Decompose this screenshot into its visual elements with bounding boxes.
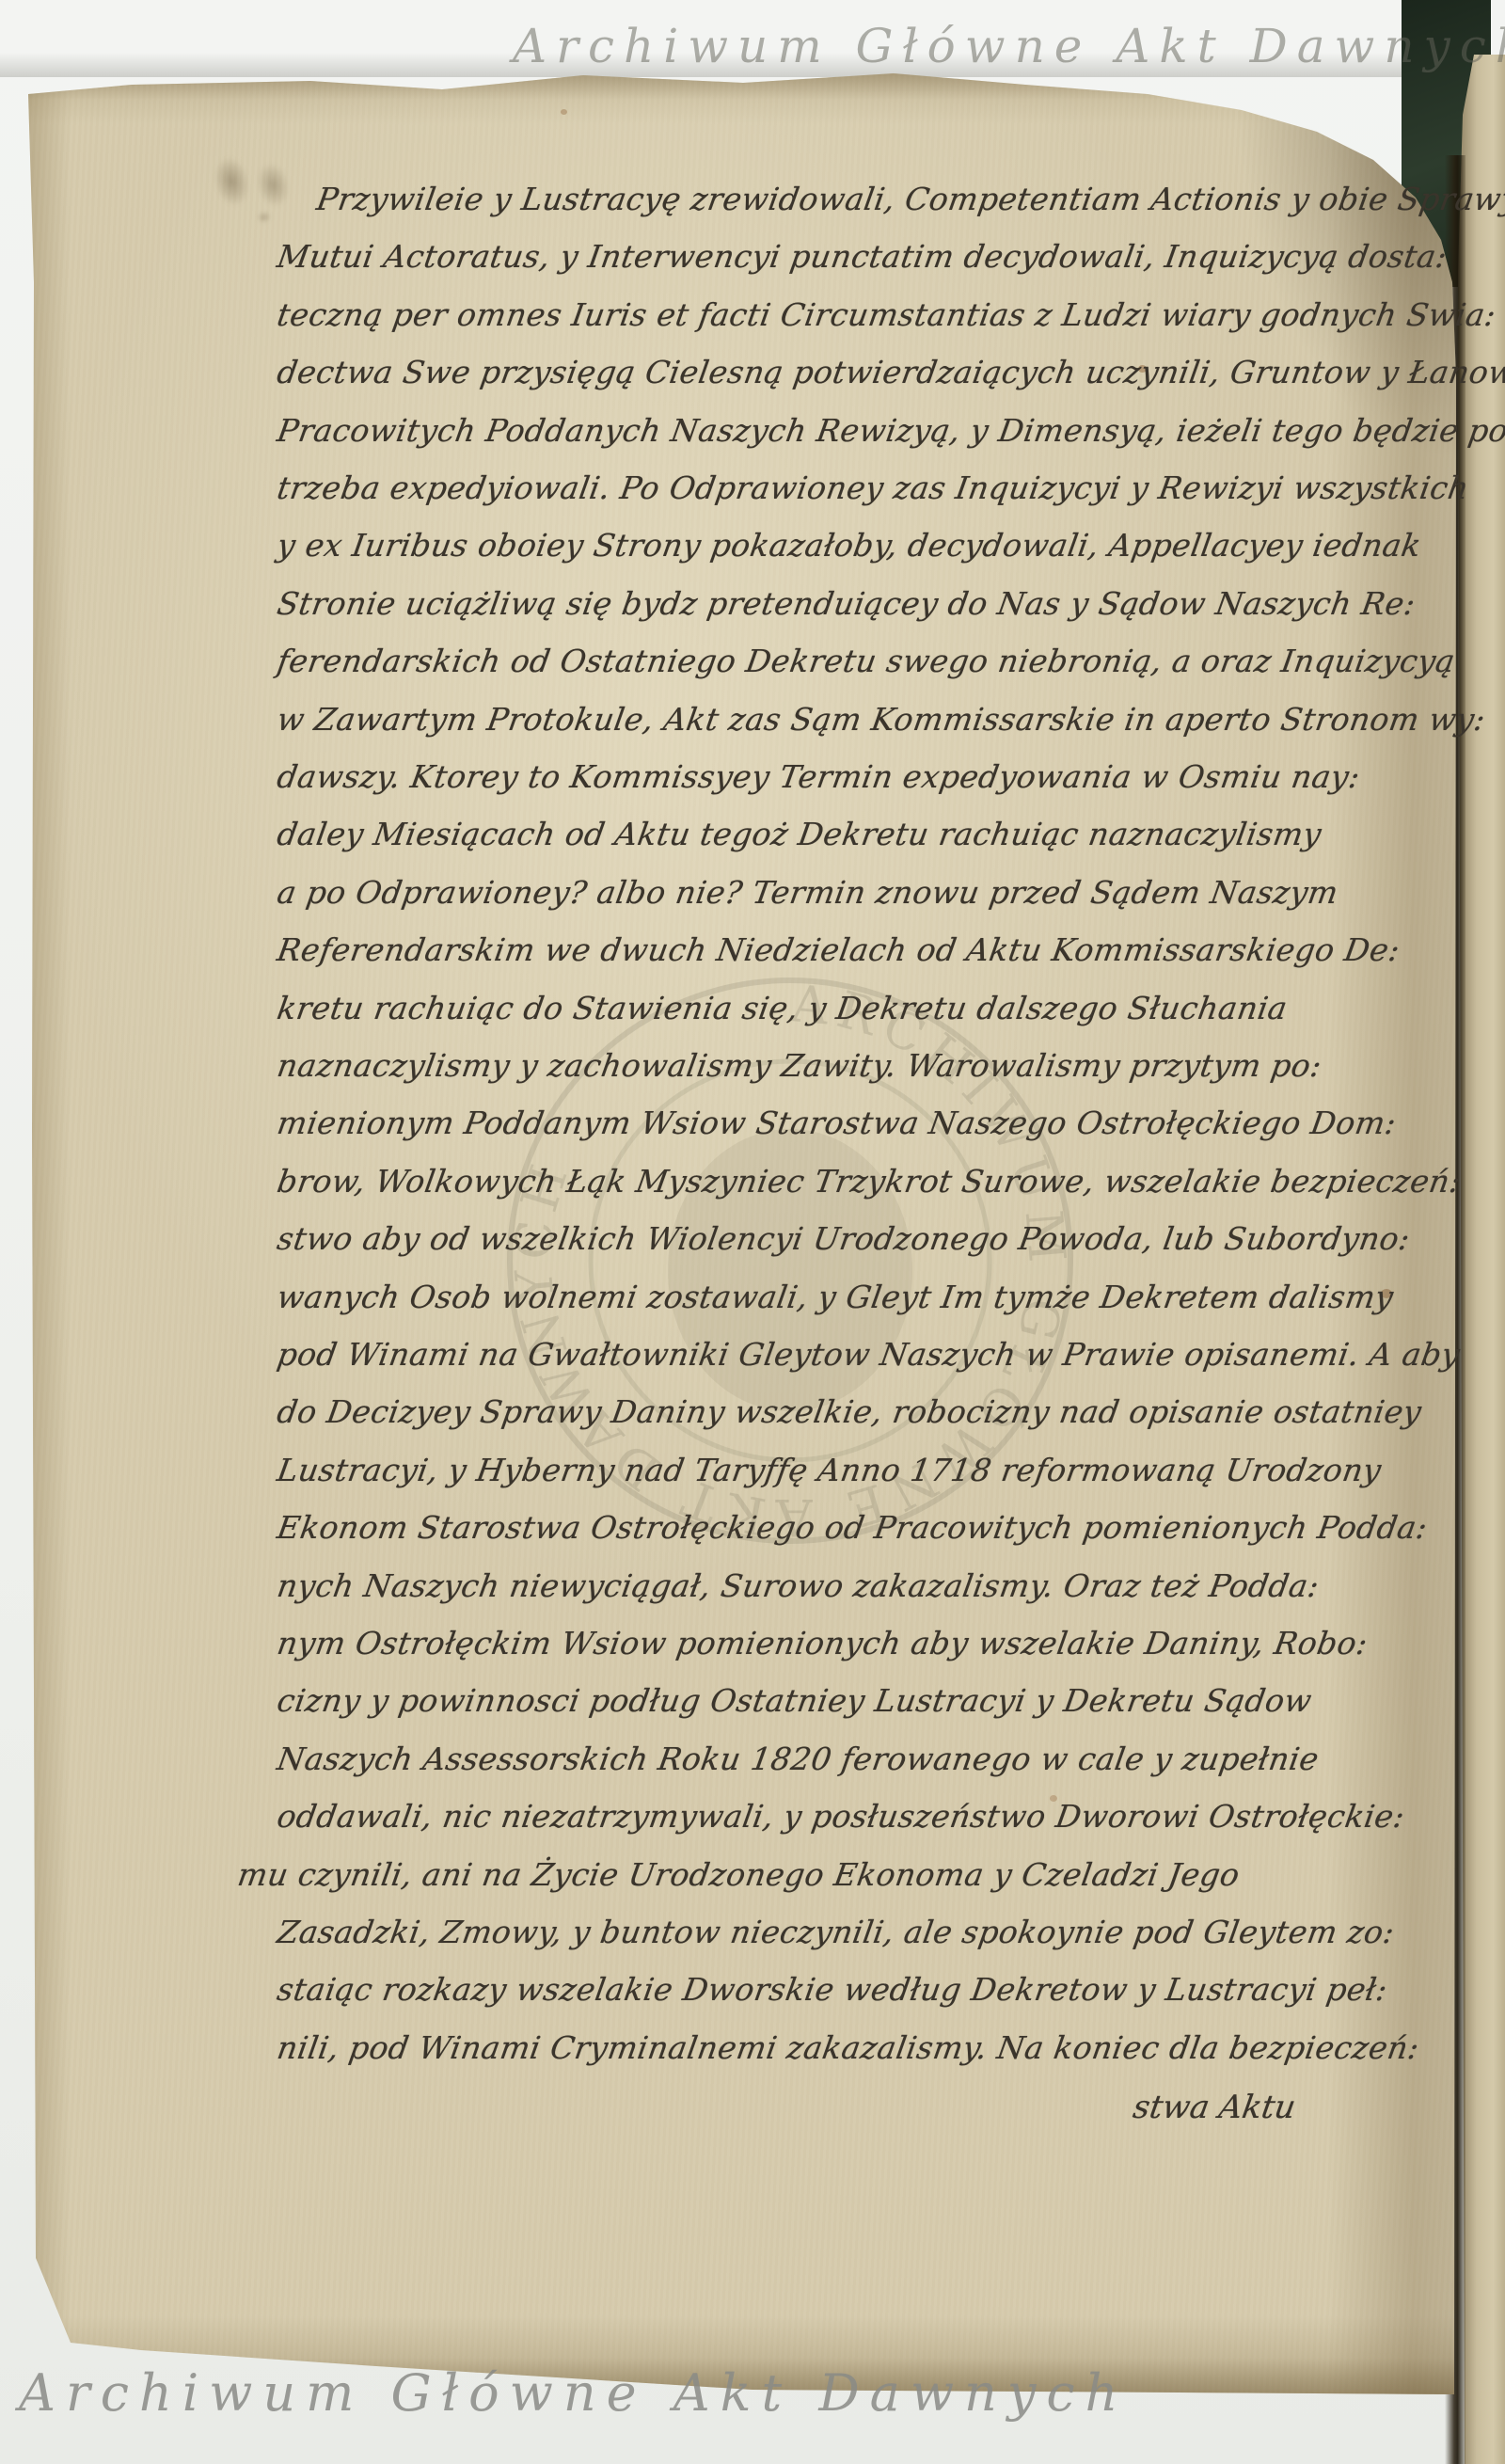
foxing-spot bbox=[561, 109, 567, 115]
manuscript-line: wanych Osob wolnemi zostawali, y Gleyt I… bbox=[275, 1279, 1396, 1315]
manuscript-line: Pracowitych Poddanych Naszych Rewizyą, y… bbox=[275, 412, 1505, 449]
manuscript-line: dectwa Swe przysięgą Cielesną potwierdza… bbox=[275, 354, 1505, 390]
manuscript-line: daley Miesiącach od Aktu tegoż Dekretu r… bbox=[275, 816, 1324, 852]
manuscript-line: naznaczylismy y zachowalismy Zawity. War… bbox=[275, 1047, 1324, 1084]
manuscript-line: stwo aby od wszelkich Wiolencyi Urodzone… bbox=[275, 1220, 1413, 1257]
manuscript-line: dawszy. Ktorey to Kommissyey Termin expe… bbox=[275, 758, 1363, 795]
manuscript-line: nych Naszych niewyciągał, Surowo zakazal… bbox=[275, 1567, 1322, 1604]
manuscript-line: Referendarskim we dwuch Niedzielach od A… bbox=[275, 931, 1402, 968]
manuscript-line: Mutui Actoratus, y Interwencyi punctatim… bbox=[275, 238, 1450, 275]
manuscript-line: teczną per omnes Iuris et facti Circumst… bbox=[275, 296, 1498, 333]
manuscript-line: Naszych Assessorskich Roku 1820 ferowane… bbox=[275, 1741, 1322, 1777]
manuscript-line: Stronie uciążliwą się bydz pretenduiącey… bbox=[275, 585, 1418, 622]
manuscript-line: nili, pod Winami Cryminalnemi zakazalism… bbox=[275, 2029, 1422, 2066]
manuscript-line: trzeba expedyiowali. Po Odprawioney zas … bbox=[275, 469, 1471, 506]
manuscript-line: w Zawartym Protokule, Akt zas Sąm Kommis… bbox=[275, 701, 1488, 738]
manuscript-line: oddawali, nic niezatrzymywali, y posłusz… bbox=[275, 1798, 1407, 1835]
manuscript-line: do Decizyey Sprawy Daniny wszelkie, robo… bbox=[275, 1393, 1424, 1430]
manuscript-line: pod Winami na Gwałtowniki Gleytow Naszyc… bbox=[275, 1336, 1463, 1373]
manuscript-line: kretu rachuiąc do Stawienia się, y Dekre… bbox=[275, 990, 1290, 1026]
manuscript-line: a po Odprawioney? albo nie? Termin znowu… bbox=[275, 874, 1340, 911]
manuscript-line: Przywileie y Lustracyę zrewidowali, Comp… bbox=[314, 181, 1505, 217]
ink-blot bbox=[190, 119, 315, 244]
watermark-bottom: Archiwum Główne Akt Dawnych bbox=[19, 2363, 1128, 2423]
manuscript-line: Ekonom Starostwa Ostrołęckiego od Pracow… bbox=[275, 1509, 1430, 1546]
manuscript-scan: ARCHIWUM GŁÓWNE AKT DAWNYCH Archiwum Głó… bbox=[0, 0, 1505, 2464]
manuscript-line: ferendarskich od Ostatniego Dekretu sweg… bbox=[275, 643, 1458, 679]
watermark-top: Archiwum Główne Akt Dawnych bbox=[513, 19, 1505, 73]
manuscript-line: staiąc rozkazy wszelakie Dworskie według… bbox=[275, 1971, 1390, 2008]
manuscript-line: brow, Wolkowych Łąk Myszyniec Trzykrot S… bbox=[275, 1163, 1464, 1200]
manuscript-line: mu czynili, ani na Życie Urodzonego Ekon… bbox=[235, 1856, 1243, 1893]
manuscript-line: Zasadzki, Zmowy, y buntow nieczynili, al… bbox=[275, 1914, 1397, 1950]
catchword: stwa Aktu bbox=[1131, 2089, 1298, 2126]
manuscript-line: cizny y powinnosci podług Ostatniey Lust… bbox=[275, 1682, 1314, 1719]
manuscript-line: y ex Iuribus oboiey Strony pokazałoby, d… bbox=[275, 527, 1424, 564]
manuscript-line: mienionym Poddanym Wsiow Starostwa Nasze… bbox=[275, 1105, 1399, 1141]
manuscript-line: nym Ostrołęckim Wsiow pomienionych aby w… bbox=[275, 1625, 1370, 1661]
manuscript-line: Lustracyi, y Hyberny nad Taryffę Anno 17… bbox=[275, 1452, 1384, 1488]
